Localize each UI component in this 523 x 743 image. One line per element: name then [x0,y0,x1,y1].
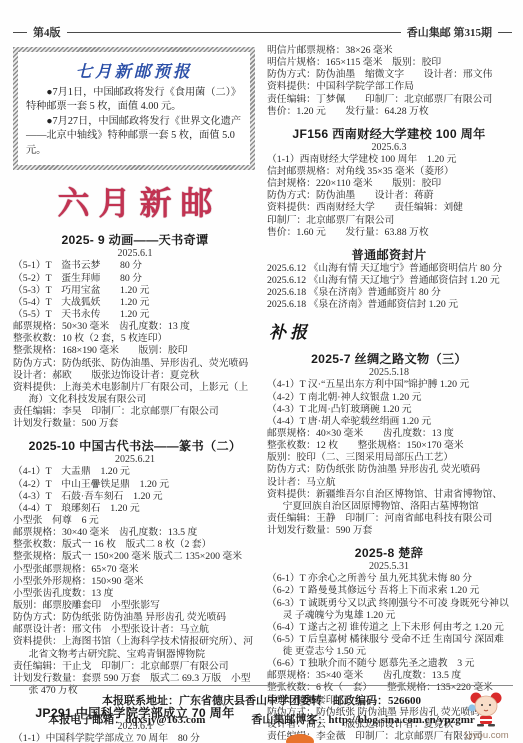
newspaper-page: 第4版 香山集邮 第315期 七月新邮预报 ●7月1日，中国邮政将发行《食用菌（… [0,0,523,743]
detail-line: 信封邮票规格：对角线 35×35 毫米（菱形） [267,166,511,178]
section-heading: 2025- 9 动画——天书奇谭 [13,231,257,248]
section-lines: （1-1）西南财经大学建校 100 周年 1.20 元 信封邮票规格：对角线 3… [267,154,511,239]
detail-line: 资料提供：上海图书馆（上海科学技术情报研究所）、河北省文物考古研究院、宝鸡青铜器… [13,636,257,660]
right-column: 明信片邮票规格：38×26 毫米 明信片规格：165×115 毫米 版别：胶印 … [267,45,511,743]
detail-line: 防伪方式：防伪纸张 防伪油墨 异形齿孔 荧光喷码 [13,612,257,624]
jp291-continuation-lines: 明信片邮票规格：38×26 毫米 明信片规格：165×115 毫米 版别：胶印 … [267,45,511,118]
detail-line: （6-5）T 后皇嘉树 橘徕服兮 受命不迁 生南国兮 深固难徙 更壹志兮 1.5… [267,634,511,658]
detail-line: 计划发行数量：500 万套 [13,418,257,430]
detail-line: （6-6）T 独耿介而不随兮 愿慕先圣之遗教 3 元 [267,658,511,670]
forecast-items: ●7月1日，中国邮政将发行《食用菌（二）》特种邮票一套 5 枚，面值 4.00 … [26,86,242,158]
detail-line: （4-2）T 中山王𰯼铁足鼎 1.20 元 [13,479,257,491]
detail-line: 印制厂：北京邮票厂有限公司 [267,215,511,227]
stamp-issue-section: 2025- 9 动画——天书奇谭 2025.6.1 （5-1）T 盗书云梦 80… [13,231,257,430]
section-date: 2025.6.1 [13,248,257,259]
detail-line: 邮票规格：50×30 毫米 齿孔度数：13 度 [13,321,257,333]
detail-line: （5-5）T 天书永传 1.20 元 [13,309,257,321]
detail-line: （6-2）T 路曼曼其修远兮 吾将上下而求索 1.20 元 [267,585,511,597]
section-date: 2025.6.3 [267,142,511,153]
footer: 本报联系地址：广东省德庆县香山中学团委转 邮政编码：526600 本报电子邮箱：… [0,692,523,727]
masthead-rule [13,32,27,33]
detail-line: （5-4）T 大战狐妖 1.20 元 [13,297,257,309]
detail-line: 防伪方式：防伪油墨 缩微文字 设计者：邢文伟 [267,69,511,81]
detail-line: （4-2）T 南北朝·神人纹银盘 1.20 元 [267,392,511,404]
detail-line: 整张枚数：版式一 16 枚 版式二 8 枚（2 套） [13,539,257,551]
detail-line: 设计者：郝欧 版张边饰设计者：夏竞秋 [13,370,257,382]
mascot: 1jiyou.com [455,691,517,741]
stamp-issue-section: 普通邮资封片 2025.6.12 《山海有情 天辽地宁》普通邮资明信片 80 分… [267,246,511,312]
detail-line: 2025.6.12 《山海有情 天辽地宁》普通邮资明信片 80 分 [267,263,511,275]
section-heading: 普通邮资封片 [267,246,511,263]
section-date: 2025.5.31 [267,561,511,572]
section-lines: 2025.6.12 《山海有情 天辽地宁》普通邮资明信片 80 分 2025.6… [267,263,511,312]
detail-line: （4-4）T 唐·胡人牵驼载丝绢画 1.20 元 [267,416,511,428]
detail-line: （4-1）T 大盂鼎 1.20 元 [13,466,257,478]
june-new-stamps-title: 六月新邮 [13,178,257,224]
detail-line: 责任编辑：王静 印制厂：河南省邮电科技有限公司 [267,513,511,525]
detail-line: 资料提供：西南财经大学 责任编辑：刘健 [267,202,511,214]
orange-decoration [286,734,314,743]
detail-line: 资料提供：新疆维吾尔自治区博物馆、甘肃省博物馆、宁夏回族自治区固原博物馆、洛阳古… [267,489,511,513]
email-text: 本报电子邮箱：dqxsjy@163.com [48,711,205,727]
detail-line: 明信片规格：165×115 毫米 版别：胶印 [267,57,511,69]
detail-line: 资料提供：中国科学院学部工作局 [267,81,511,93]
masthead-rule [498,32,512,33]
detail-line: 整张规格：168×190 毫米 版别：胶印 [13,345,257,357]
detail-line: 邮票规格：30×40 毫米 齿孔度数：13.5 度 [13,527,257,539]
detail-line: 明信片邮票规格：38×26 毫米 [267,45,511,57]
section-lines: （5-1）T 盗书云梦 80 分 （5-2）T 蛋生拜师 80 分 （5-3）T… [13,260,257,430]
detail-line: 小型张外形规格：150×90 毫米 [13,576,257,588]
detail-line: 小型张 何尊 6 元 [13,515,257,527]
masthead: 第4版 香山集邮 第315期 [13,24,512,40]
detail-line: 责任编辑：丁梦佩 印制厂：北京邮票厂有限公司 [267,94,511,106]
detail-line: 设计者：马立航 [267,477,511,489]
right-sections-upper: JF156 西南财经大学建校 100 周年 2025.6.3 （1-1）西南财经… [267,125,511,312]
section-lines: （4-1）T 大盂鼎 1.20 元 （4-2）T 中山王𰯼铁足鼎 1.20 元 … [13,466,257,697]
section-lines: （4-1）T 汉·“五星出东方利中国”锦护膊 1.20 元 （4-2）T 南北朝… [267,379,511,537]
section-date: 2025.6.21 [13,454,257,465]
detail-line: （6-1）T 亦余心之所善兮 虽九死其犹未悔 80 分 [267,573,511,585]
detail-line: 防伪方式：防伪油墨 设计者：蒋蔚 [267,190,511,202]
detail-line: 责任编辑：干止戈 印制厂：北京邮票厂有限公司 [13,661,257,673]
left-sections: 2025- 9 动画——天书奇谭 2025.6.1 （5-1）T 盗书云梦 80… [13,231,257,743]
columns: 七月新邮预报 ●7月1日，中国邮政将发行《食用菌（二）》特种邮票一套 5 枚，面… [13,45,512,743]
doll-mascot-icon [463,714,509,731]
forecast-box-title: 七月新邮预报 [26,58,242,82]
supplement-report-heading: 补报 [269,318,511,343]
footer-divider [10,685,513,686]
detail-line: 版别：胶印（二、三图采用局部压凸工艺） [267,452,511,464]
stamp-issue-section: 2025-7 丝绸之路文物（三） 2025.5.18 （4-1）T 汉·“五星出… [267,350,511,537]
detail-line: 邮票设计者：邢文伟 小型张设计者：马立航 [13,624,257,636]
detail-line: （4-4）T 琅琊刻石 1.20 元 [13,503,257,515]
section-heading: JF156 西南财经大学建校 100 周年 [267,125,511,142]
detail-line: （6-3）T 诚既勇兮又以武 终刚强兮不可凌 身既死兮神以灵 子魂魄兮为鬼雄 1… [267,598,511,622]
detail-line: 版别：邮票胶雕套印 小型张影写 [13,600,257,612]
detail-line: 防伪方式：防伪纸张 防伪油墨 异形齿孔 荧光喷码 [267,464,511,476]
july-forecast-box: 七月新邮预报 ●7月1日，中国邮政将发行《食用菌（二）》特种邮票一套 5 枚，面… [13,47,255,170]
detail-line: 2025.6.12 《山海有情 天辽地宁》普通邮资信封 1.20 元 [267,275,511,287]
detail-line: （4-1）T 汉·“五星出东方利中国”锦护膊 1.20 元 [267,379,511,391]
contact-address: 本报联系地址：广东省德庆县香山中学团委转 邮政编码：526600 [0,692,523,708]
detail-line: 小型张齿孔度数：13 度 [13,588,257,600]
issue-title: 香山集邮 第315期 [405,24,494,40]
detail-line: （4-3）T 北周·凸钉玻璃碗 1.20 元 [267,404,511,416]
detail-line: （5-1）T 盗书云梦 80 分 [13,260,257,272]
detail-line: 邮票规格：40×30 毫米 齿孔度数：13 度 [267,428,511,440]
detail-line: 责任编辑：李昊 印制厂：北京邮票厂有限公司 [13,406,257,418]
detail-line: （4-3）T 石鼓·吾车刻石 1.20 元 [13,491,257,503]
detail-line: 计划发行数量：590 万套 [267,525,511,537]
left-column: 七月新邮预报 ●7月1日，中国邮政将发行《食用菌（二）》特种邮票一套 5 枚，面… [13,45,257,743]
detail-line: 资料提供：上海美术电影制片厂有限公司，上影元（上海）文化科技发展有限公司 [13,382,257,406]
forecast-item: ●7月1日，中国邮政将发行《食用菌（二）》特种邮票一套 5 枚，面值 4.00 … [26,86,242,115]
footer-links-row: 本报电子邮箱：dqxsjy@163.com 香山集邮博客：http://blog… [0,711,523,727]
page-number-label: 第4版 [31,24,63,40]
detail-line: 小型张邮票规格：65×70 毫米 [13,564,257,576]
detail-line: （1-1）西南财经大学建校 100 周年 1.20 元 [267,154,511,166]
detail-line: （6-4）T 遂古之初 谁传道之 上下未形 何由考之 1.20 元 [267,622,511,634]
forecast-item: ●7月27日，中国邮政将发行《世界文化遗产——北京中轴线》特种邮票一套 5 枚，… [26,115,242,158]
detail-line: 邮票规格：35×40 毫米 齿孔度数：13.5 度 [267,670,511,682]
section-date: 2025.5.18 [267,367,511,378]
section-lines: （1-1）中国科学院学部成立 70 周年 80 分 [13,733,257,743]
masthead-rule [67,32,401,33]
stamp-issue-section: JF156 西南财经大学建校 100 周年 2025.6.3 （1-1）西南财经… [267,125,511,239]
detail-line: 整张枚数：12 枚 整张规格：150×170 毫米 [267,440,511,452]
section-heading: 2025-10 中国古代书法——篆书（二） [13,437,257,454]
blog-url-text: 香山集邮博客：http://blog.sina.com.cn/ypzgmr [251,711,474,727]
mascot-caption: 1jiyou.com [455,730,517,741]
detail-line: （5-2）T 蛋生拜师 80 分 [13,273,257,285]
detail-line: 2025.6.18 《泉在济南》普通邮资片 80 分 [267,287,511,299]
detail-line: 整张枚数：10 枚（2 套，5 枚连印） [13,333,257,345]
section-heading: 2025-7 丝绸之路文物（三） [267,350,511,367]
detail-line: 2025.6.18 《泉在济南》普通邮资信封 1.20 元 [267,299,511,311]
detail-line: 售价：1.20 元 发行量：64.28 万枚 [267,106,511,118]
detail-line: （5-3）T 巧用宝盆 1.20 元 [13,285,257,297]
detail-line: 售价：1.60 元 发行量：63.88 万枚 [267,227,511,239]
stamp-issue-section: 2025-10 中国古代书法——篆书（二） 2025.6.21 （4-1）T 大… [13,437,257,697]
detail-line: 信封规格：220×110 毫米 版别：胶印 [267,178,511,190]
detail-line: 整张规格：版式一 150×200 毫米 版式二 135×200 毫米 [13,551,257,563]
detail-line: （1-1）中国科学院学部成立 70 周年 80 分 [13,733,257,743]
detail-line: 防伪方式：防伪纸张、防伪油墨、异形齿孔、荧光喷码 [13,358,257,370]
section-heading: 2025-8 楚辞 [267,544,511,561]
